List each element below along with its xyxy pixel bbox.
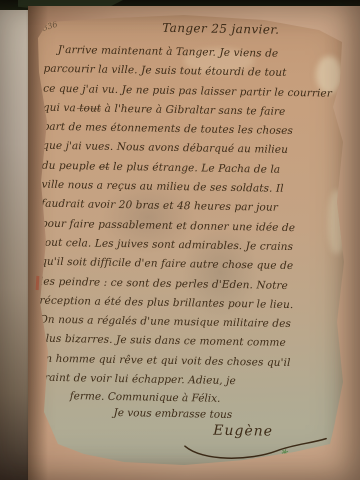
letter-body: J'arrive maintenant à Tanger. Je viens d… <box>38 41 338 393</box>
letter-paper: 336 Tanger 25 janvier. J'arrive maintena… <box>34 12 346 468</box>
manuscript-photo: 336 Tanger 25 janvier. J'arrive maintena… <box>0 0 360 480</box>
closing-line-2: Je vous embrasse tous <box>113 407 232 421</box>
closing-line-1: ferme. Communique à Félix. <box>70 390 221 405</box>
signature: Eugène <box>213 423 273 440</box>
handwriting-layer: 336 Tanger 25 janvier. J'arrive maintena… <box>27 11 347 472</box>
date-line: Tanger 25 janvier. <box>162 21 279 37</box>
